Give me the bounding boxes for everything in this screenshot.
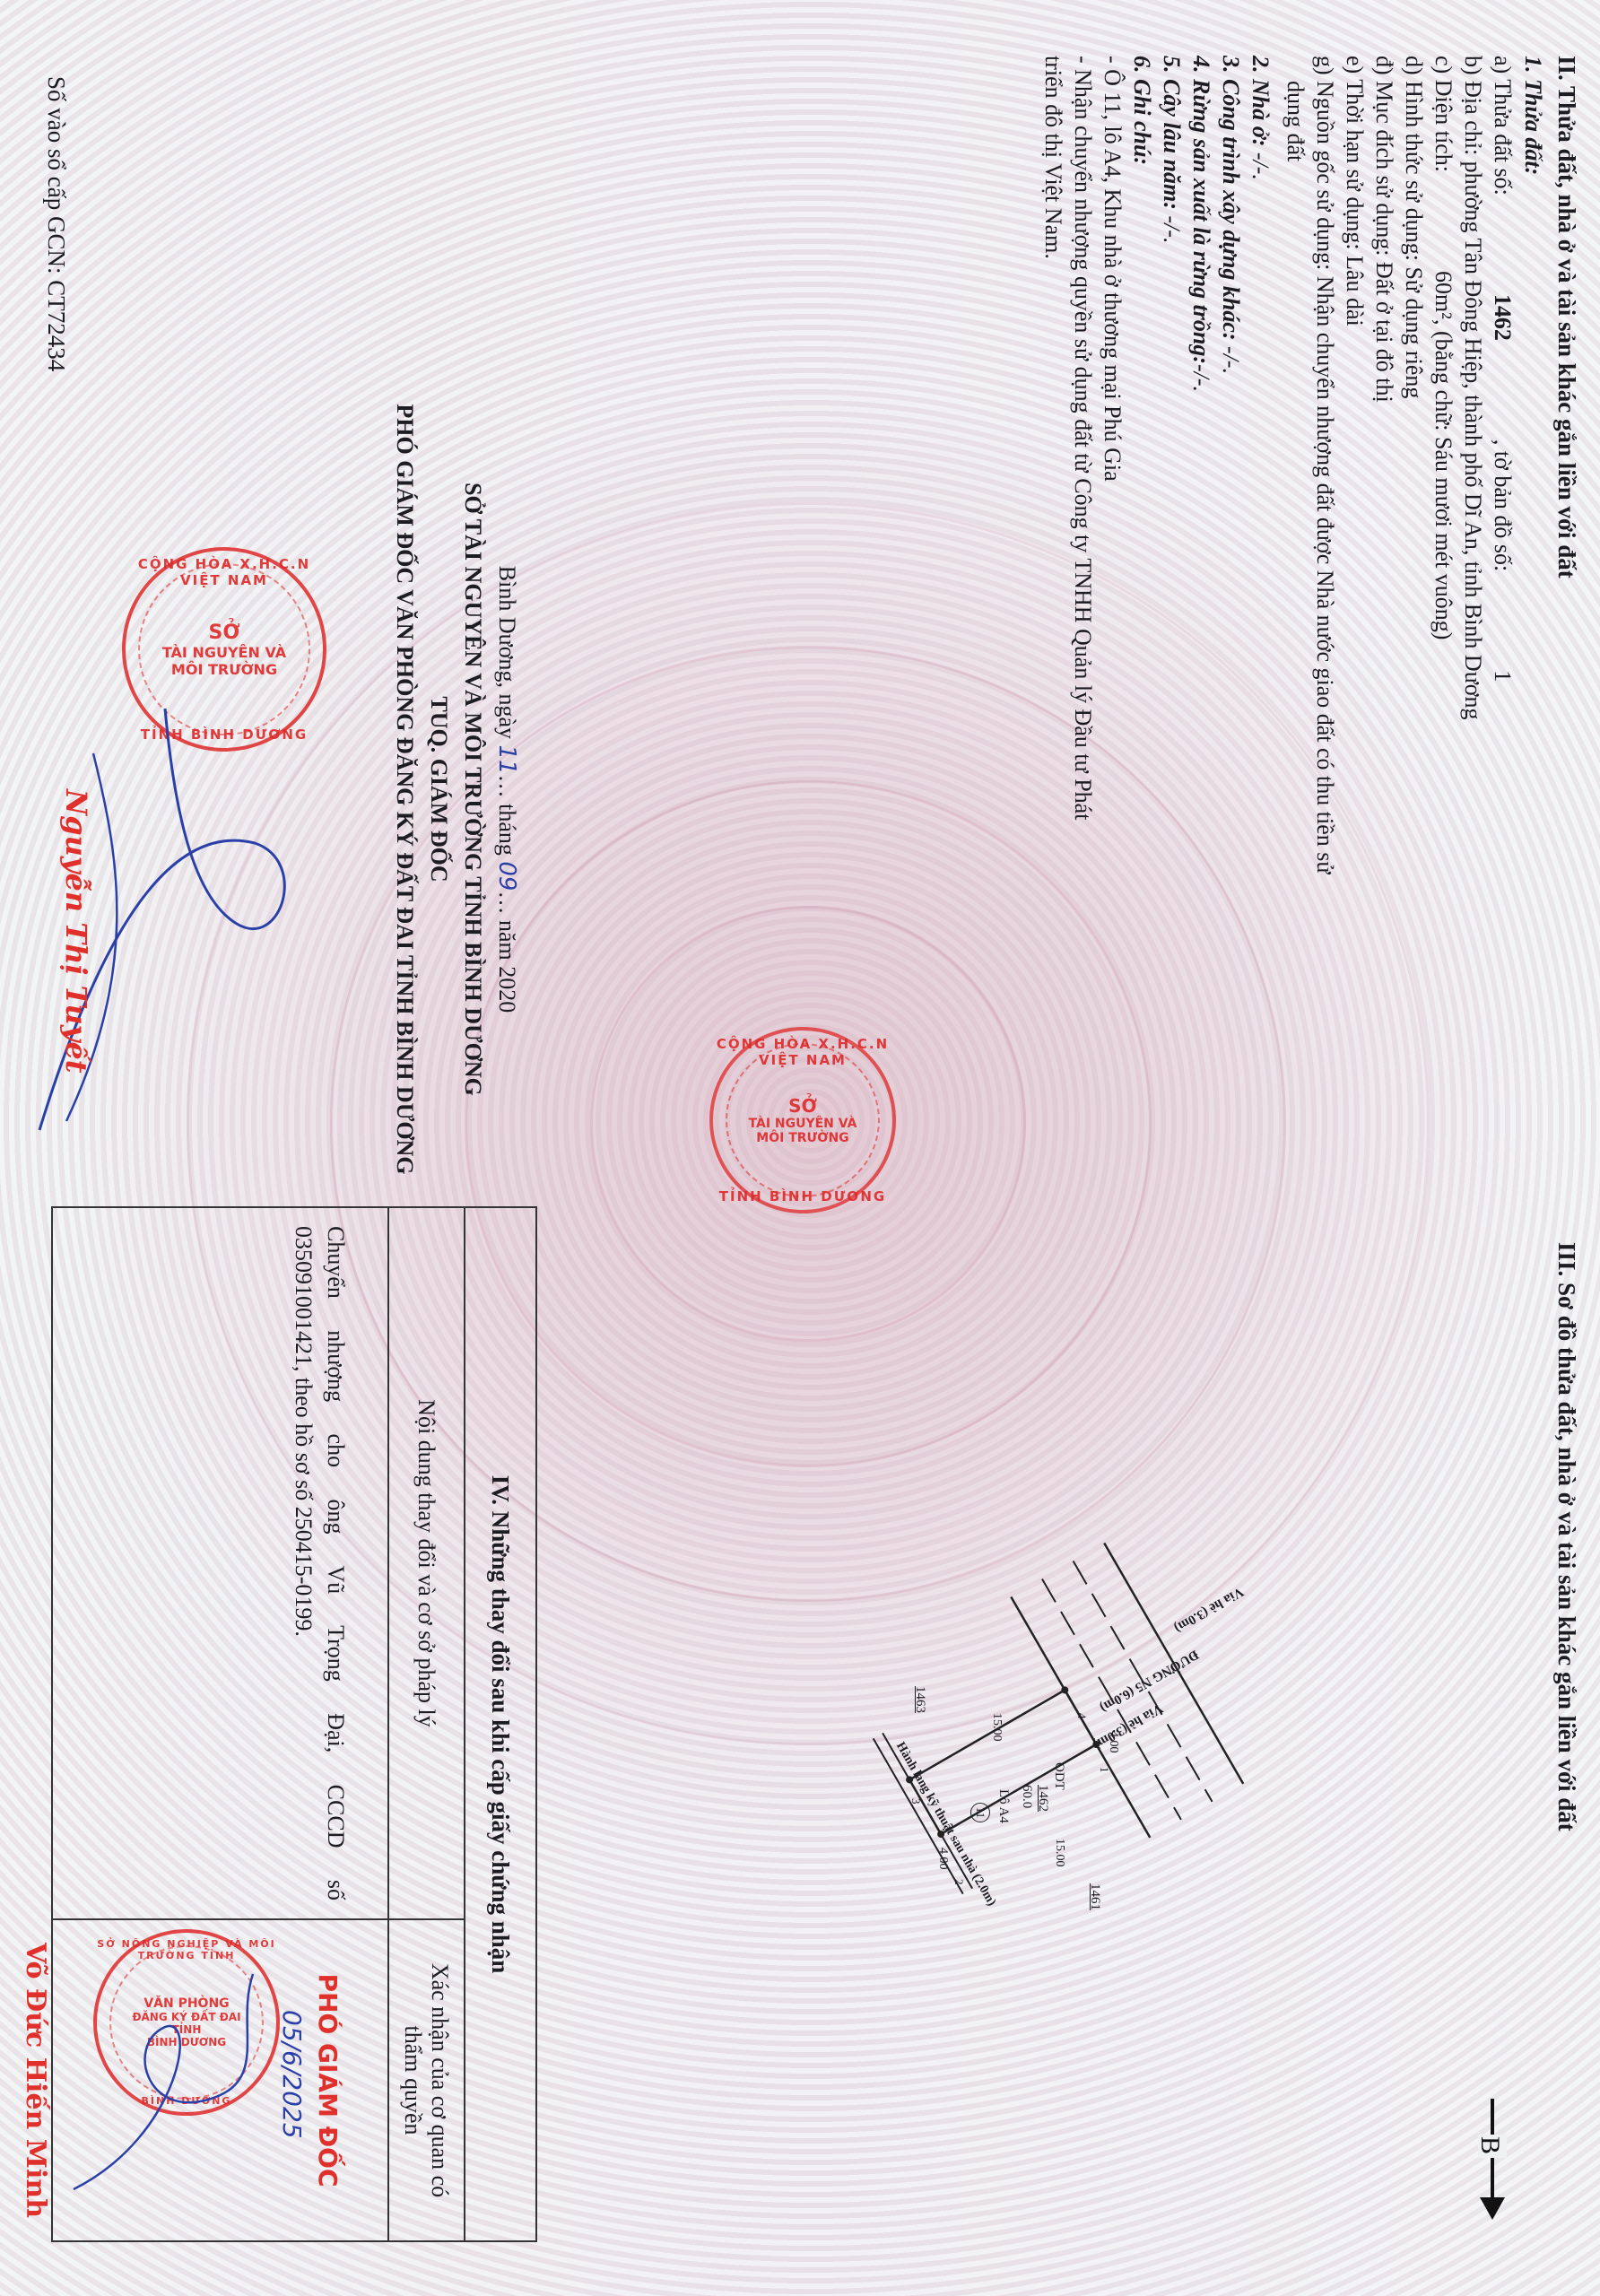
- changes-table: IV. Những thay đổi sau khi cấp giấy chứn…: [51, 1206, 537, 2242]
- notes-line-3: triển đô thị Việt Nam.: [1039, 56, 1068, 820]
- area-value: 60m², (bằng chữ: Sáu mươi mét vuông): [1430, 271, 1457, 640]
- registry-value: CT72434: [43, 280, 70, 371]
- issue-day: 11: [493, 745, 520, 775]
- forest-label: 4. Rừng sản xuất là rừng trồng:: [1188, 56, 1214, 364]
- parcel-number: 1462: [1490, 294, 1516, 341]
- construction-value: -/-.: [1218, 346, 1244, 374]
- signature-block: Bình Dương, ngày 11… tháng 09… năm 2020 …: [387, 341, 524, 1238]
- signer-title: PHÓ GIÁM ĐỐC VĂN PHÒNG ĐĂNG KÝ ĐẤT ĐAI T…: [387, 341, 422, 1238]
- center-stamp-ring-bottom: TỈNH BÌNH DƯƠNG: [713, 1188, 892, 1205]
- month-prefix: tháng: [494, 804, 520, 856]
- dim-front: 4.00: [1106, 1731, 1120, 1753]
- change-entry-line-1: Chuyển nhượng cho ông Vũ Trọng Đại, CCCD…: [319, 1226, 352, 1900]
- north-label: B: [1475, 2136, 1505, 2154]
- on-behalf-of: TUQ. GIÁM ĐỐC: [422, 341, 456, 1238]
- usage-form-line: d) Hình thức sử dụng: Sử dụng riêng: [1399, 56, 1429, 874]
- neighbor-right: 1461: [1087, 1883, 1102, 1910]
- usage-purpose-line: đ) Mục đích sử dụng: Đất ở tại đô thị: [1370, 56, 1399, 874]
- area-label: c) Diện tích:: [1430, 56, 1457, 172]
- usage-form-value: Sử dụng riêng: [1401, 266, 1427, 398]
- land-details: a) Thửa đất số:1462, tờ bản đồ số:1 b) Đ…: [1281, 56, 1517, 874]
- perennial-line: 5. Cây lâu năm: -/-.: [1157, 56, 1187, 820]
- issue-year: năm 2020: [494, 920, 520, 1013]
- stamp-ring-text: CỘNG HÒA X.H.C.N VIỆT NAM: [126, 556, 323, 588]
- north-arrow-icon: B: [1457, 2090, 1528, 2233]
- registry-number: Số vào sổ cấp GCN: CT72434: [41, 76, 71, 371]
- issue-month: 09: [493, 861, 520, 891]
- change-entry-line-2: 035091001421, theo hồ sơ số 250415-0199.: [287, 1226, 319, 1900]
- usage-term-line: e) Thời hạn sử dụng: Lâu dài: [1340, 56, 1370, 874]
- land-certificate-page: II. Thửa đất, nhà ở và tài sản khác gắn …: [0, 0, 1600, 2296]
- corner-4: 4: [1074, 1713, 1089, 1719]
- parcel-code: ODT: [1051, 1762, 1066, 1790]
- usage-term-label: e) Thời hạn sử dụng:: [1342, 56, 1368, 250]
- usage-form-label: d) Hình thức sử dụng:: [1401, 56, 1427, 261]
- origin-line: g) Nguồn gốc sử dụng: Nhận chuyển nhượng…: [1310, 56, 1340, 874]
- section2-title: II. Thửa đất, nhà ở và tài sản khác gắn …: [1552, 56, 1580, 578]
- neighbor-left: 1463: [912, 1686, 927, 1713]
- dim-side-left: 15.00: [989, 1713, 1004, 1742]
- corner-1: 1: [1097, 1767, 1111, 1773]
- perennial-value: -/-.: [1159, 215, 1185, 243]
- center-stamp-ring: CỘNG HÒA X.H.C.N VIỆT NAM: [713, 1036, 892, 1068]
- date-prefix: Bình Dương, ngày: [494, 566, 520, 739]
- map-sheet-label: , tờ bản đồ số:: [1490, 439, 1516, 571]
- issue-date: Bình Dương, ngày 11… tháng 09… năm 2020: [490, 341, 524, 1238]
- origin-line-2: dụng đất: [1281, 56, 1310, 874]
- dim-side-right: 15.00: [1052, 1839, 1066, 1867]
- house-label: 2. Nhà ở:: [1248, 56, 1274, 146]
- signer-name: Nguyễn Thị Tuyết: [59, 789, 93, 1074]
- corner-3: 3: [909, 1798, 923, 1805]
- confirmation-cell: SỞ NÔNG NGHIỆP VÀ MÔI TRƯỜNG TỈNH VĂN PH…: [52, 1919, 388, 2241]
- other-items: 2. Nhà ở: -/-. 3. Công trình xây dựng kh…: [1039, 56, 1275, 820]
- land-heading: 1. Thửa đất:: [1518, 56, 1548, 175]
- cell-number: 11: [970, 1803, 990, 1822]
- section4-title: IV. Những thay đổi sau khi cấp giấy chứn…: [465, 1207, 536, 2241]
- area-line: c) Diện tích:60m², (bằng chữ: Sáu mươi m…: [1429, 56, 1458, 874]
- forest-value: -/-.: [1188, 364, 1214, 392]
- address-line: b) Địa chỉ: phường Tân Đông Hiệp, thành …: [1458, 56, 1488, 874]
- parcel-sketch: Vỉa hè (3.0m) ĐƯỜNG N5 (6.0m) Vỉa hè (3.…: [869, 1578, 1246, 1955]
- parcel-number-line: a) Thửa đất số:1462, tờ bản đồ số:1: [1488, 56, 1517, 874]
- notes-line-2: - Nhận chuyển nhượng quyền sử dụng đất t…: [1068, 56, 1098, 820]
- construction-line: 3. Công trình xây dựng khác: -/-.: [1216, 56, 1246, 820]
- change-entry: Chuyển nhượng cho ông Vũ Trọng Đại, CCCD…: [52, 1207, 388, 1919]
- section3-title: III. Sơ đồ thửa đất, nhà ở và tài sản kh…: [1552, 1242, 1580, 1831]
- construction-label: 3. Công trình xây dựng khác:: [1218, 56, 1244, 341]
- col2-header: Xác nhận của cơ quan có thẩm quyền: [388, 1919, 465, 2241]
- map-sheet-number: 1: [1490, 670, 1516, 682]
- col1-header: Nội dung thay đổi và cơ sở pháp lý: [388, 1207, 465, 1919]
- perennial-label: 5. Cây lâu năm:: [1159, 56, 1185, 210]
- parcel-label-number: 1462: [1035, 1785, 1050, 1812]
- issuing-agency: SỞ TÀI NGUYÊN VÀ MÔI TRƯỜNG TỈNH BÌNH DƯ…: [456, 341, 490, 1238]
- forest-line: 4. Rừng sản xuất là rừng trồng:-/-.: [1187, 56, 1216, 820]
- usage-term-value: Lâu dài: [1342, 256, 1368, 326]
- parcel-label-area: 60.0: [1019, 1785, 1034, 1808]
- confirm-signer: Võ Đức Hiến Minh: [20, 1920, 51, 2240]
- usage-purpose-label: đ) Mục đích sử dụng:: [1371, 56, 1397, 257]
- dim-back: 4.00: [935, 1848, 950, 1870]
- lot-label: Lô A4: [996, 1789, 1011, 1823]
- registry-label: Số vào sổ cấp GCN:: [43, 76, 70, 274]
- parcel-number-label: a) Thửa đất số:: [1490, 56, 1516, 196]
- confirm-signature-scribble: [56, 1956, 289, 2225]
- center-stamp: CỘNG HÒA X.H.C.N VIỆT NAM SỞ TÀI NGUYÊN …: [709, 1027, 896, 1213]
- notes-label: 6. Ghi chú:: [1127, 56, 1157, 820]
- usage-purpose-value: Đất ở tại đô thị: [1371, 262, 1397, 403]
- notes-line-1: - Ô 11, lô A4, Khu nhà ở thương mại Phú …: [1098, 56, 1127, 820]
- house-value: -/-.: [1248, 152, 1274, 180]
- confirm-title: PHÓ GIÁM ĐỐC: [313, 1920, 343, 2240]
- corner-2: 2: [952, 1879, 966, 1885]
- house-line: 2. Nhà ở: -/-.: [1246, 56, 1275, 820]
